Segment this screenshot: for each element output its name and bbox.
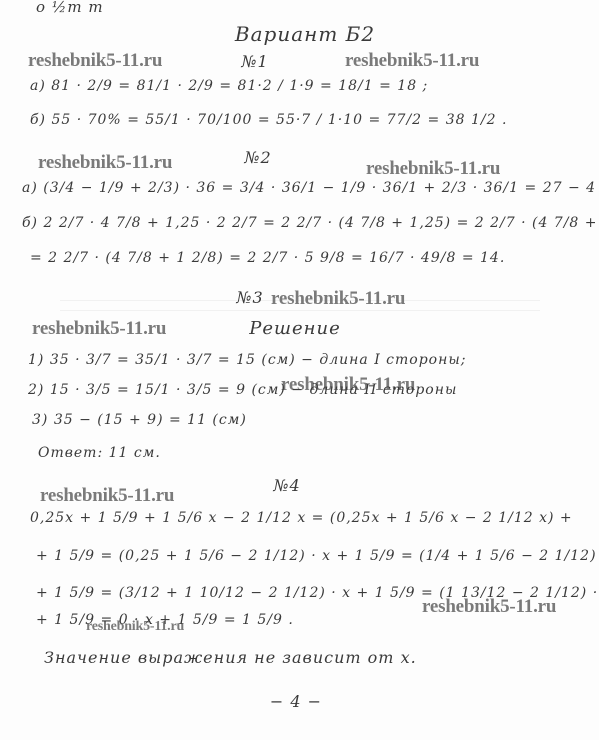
task-4-line-4: + 1 5/9 = 0 · x + 1 5/9 = 1 5/9 . <box>36 612 294 628</box>
task-2-line-a: а) (3/4 − 1/9 + 2/3) · 36 = 3/4 · 36/1 −… <box>22 180 599 196</box>
watermark: reshebnik5-11.ru <box>345 50 479 72</box>
task-4-line-2: + 1 5/9 = (0,25 + 1 5/6 − 2 1/12) · x + … <box>36 548 599 564</box>
task-3-subtitle: Решение <box>249 318 341 339</box>
task-3-step-3: 3) 35 − (15 + 9) = 11 (см) <box>32 412 247 428</box>
task-3-answer: Ответ: 11 см. <box>38 445 161 461</box>
task-4-line-1: 0,25x + 1 5/9 + 1 5/6 x − 2 1/12 x = (0,… <box>30 510 573 526</box>
watermark: reshebnik5-11.ru <box>271 288 405 310</box>
header-fragment: o ½m m <box>36 0 104 16</box>
task-2-label: №2 <box>244 148 271 167</box>
document-page: o ½m m Вариант Б2 reshebnik5-11.ru reshe… <box>0 0 599 740</box>
task-4-line-3: + 1 5/9 = (3/12 + 1 10/12 − 2 1/12) · x … <box>36 585 599 601</box>
page-number: − 4 − <box>270 692 322 711</box>
task-4-label: №4 <box>273 476 300 495</box>
watermark: reshebnik5-11.ru <box>38 152 172 174</box>
task-1-label: №1 <box>241 52 268 71</box>
task-1-line-a: а) 81 · 2/9 = 81/1 · 2/9 = 81·2 / 1·9 = … <box>30 78 428 94</box>
paper-rule <box>60 310 540 311</box>
task-3-step-2: 2) 15 · 3/5 = 15/1 · 3/5 = 9 (см) − длин… <box>28 382 457 398</box>
page-title: Вариант Б2 <box>235 22 375 46</box>
watermark: reshebnik5-11.ru <box>366 158 500 180</box>
task-4-conclusion: Значение выражения не зависит от x. <box>44 648 417 667</box>
task-3-step-1: 1) 35 · 3/7 = 35/1 · 3/7 = 15 (см) − дли… <box>28 352 466 368</box>
task-1-line-b: б) 55 · 70% = 55/1 · 70/100 = 55·7 / 1·1… <box>30 112 507 128</box>
task-2-line-b: б) 2 2/7 · 4 7/8 + 1,25 · 2 2/7 = 2 2/7 … <box>22 215 599 231</box>
task-2-line-c: = 2 2/7 · (4 7/8 + 1 2/8) = 2 2/7 · 5 9/… <box>30 250 505 266</box>
task-3-label: №3 <box>236 288 263 307</box>
watermark: reshebnik5-11.ru <box>28 50 162 72</box>
watermark: reshebnik5-11.ru <box>40 485 174 507</box>
watermark: reshebnik5-11.ru <box>32 318 166 340</box>
